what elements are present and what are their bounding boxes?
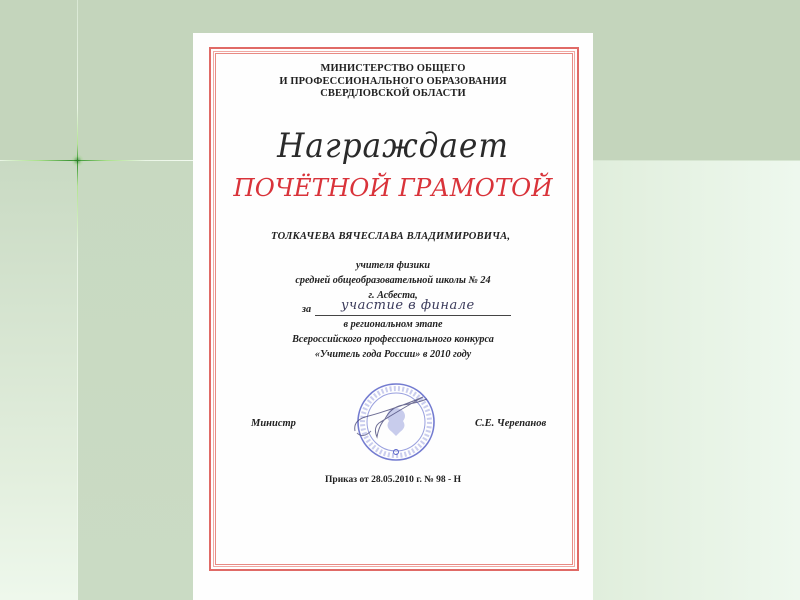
slide-background-lower-right: [593, 161, 800, 600]
signer-name: С.Е. Черепанов: [475, 418, 546, 429]
reason-line: Всероссийского профессионального конкурс…: [193, 333, 593, 348]
official-seal-icon: [353, 381, 435, 463]
award-reason-row: за участие в финале: [193, 303, 593, 318]
fill-in-underline: [315, 315, 511, 316]
ministry-line: СВЕРДЛОВСКОЙ ОБЛАСТИ: [193, 88, 593, 101]
reason-line: в региональном этапе: [193, 318, 593, 333]
slide-background-lower-mid: [78, 161, 194, 600]
position-line: средней общеобразовательной школы № 24: [193, 274, 593, 289]
slide-background-lower-left: [0, 161, 78, 600]
handwritten-reason: участие в финале: [341, 299, 475, 314]
position-line: учителя физики: [193, 259, 593, 274]
reason-line: «Учитель года России» в 2010 году: [193, 348, 593, 363]
ministry-line: И ПРОФЕССИОНАЛЬНОГО ОБРАЗОВАНИЯ: [193, 76, 593, 89]
certificate-image: МИНИСТЕРСТВО ОБЩЕГО И ПРОФЕССИОНАЛЬНОГО …: [193, 33, 593, 600]
recipient-name: ТОЛКАЧЕВА ВЯЧЕСЛАВА ВЛАДИМИРОВИЧА,: [271, 231, 581, 242]
minister-title: Министр: [251, 418, 296, 429]
decorative-horizontal-line: [0, 160, 194, 161]
ministry-header: МИНИСТЕРСТВО ОБЩЕГО И ПРОФЕССИОНАЛЬНОГО …: [193, 63, 593, 101]
decorative-horizontal-line-right: [593, 160, 800, 161]
order-reference: Приказ от 28.05.2010 г. № 98 - Н: [193, 475, 593, 485]
for-label: за: [302, 303, 311, 318]
sparkle-star-icon: [71, 154, 84, 167]
awards-heading: Награждает: [209, 126, 577, 166]
certificate-body: учителя физики средней общеобразовательн…: [193, 259, 593, 363]
diploma-title: ПОЧЁТНОЙ ГРАМОТОЙ: [189, 174, 597, 202]
decorative-vertical-line: [77, 0, 78, 600]
ministry-line: МИНИСТЕРСТВО ОБЩЕГО: [193, 63, 593, 76]
